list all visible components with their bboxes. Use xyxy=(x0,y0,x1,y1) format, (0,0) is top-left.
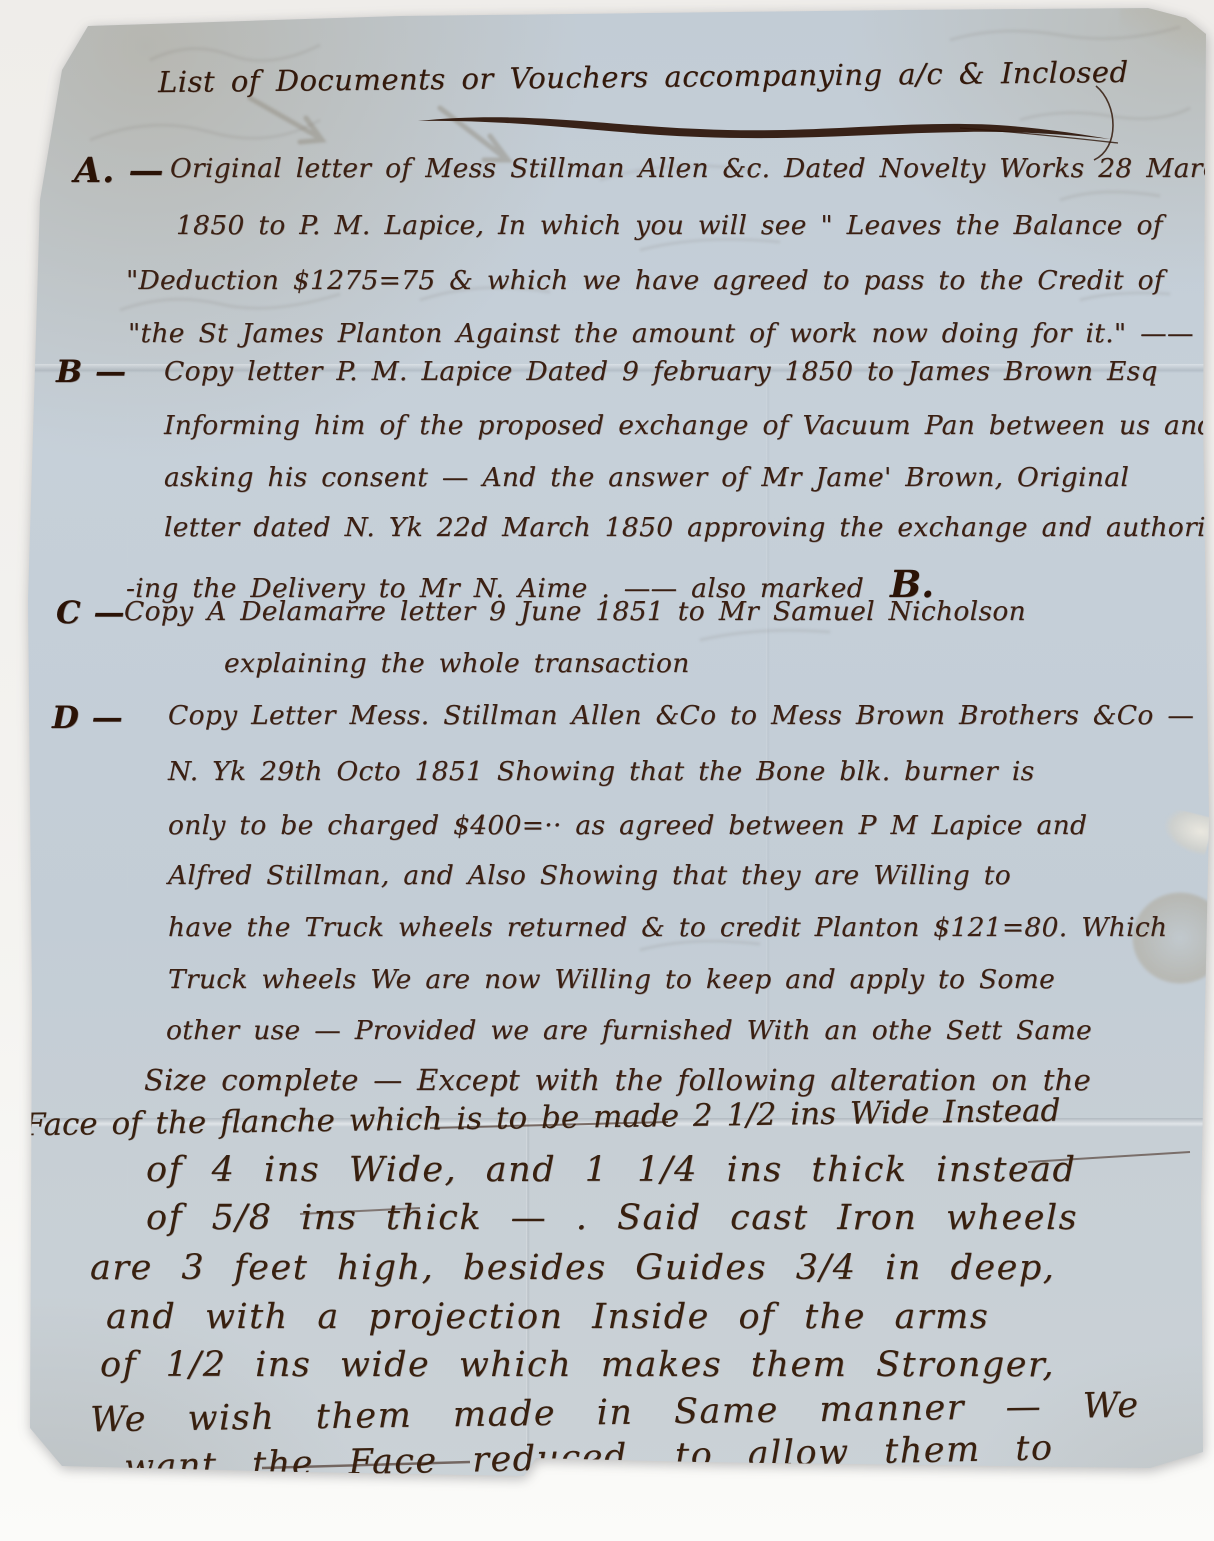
manuscript-line: asking his consent — And the answer of M… xyxy=(164,462,1129,493)
section-label-b: B — xyxy=(56,354,127,390)
manuscript-line: other use — Provided we are furnished Wi… xyxy=(166,1015,1092,1046)
paper-tear xyxy=(1158,807,1214,857)
section-label-d: D — xyxy=(52,700,124,736)
manuscript-line: N. Yk 29th Octo 1851 Showing that the Bo… xyxy=(168,756,1035,787)
manuscript-line: Size complete — Except with the followin… xyxy=(144,1063,1091,1097)
manuscript-line: have the Truck wheels returned & to cred… xyxy=(168,912,1167,943)
scanned-manuscript: List of Documents or Vouchers accompanyi… xyxy=(0,0,1214,1541)
manuscript-line: 1850 to P. M. Lapice, In which you will … xyxy=(176,210,1163,241)
manuscript-line: "the St James Planton Against the amount… xyxy=(128,318,1194,349)
manuscript-line: are 3 feet high, besides Guides 3/4 in d… xyxy=(90,1248,1055,1288)
corner-fold xyxy=(1120,8,1214,66)
paper-shadow: List of Documents or Vouchers accompanyi… xyxy=(0,0,1214,1541)
manuscript-line: Copy A Delamarre letter 9 June 1851 to M… xyxy=(124,596,1026,627)
section-label-c: C — xyxy=(56,595,125,631)
manuscript-line: Face of the flanche which is to be made … xyxy=(24,1093,1061,1143)
manuscript-page: List of Documents or Vouchers accompanyi… xyxy=(0,0,1214,1541)
manuscript-line: of 4 ins Wide, and 1 1/4 ins thick inste… xyxy=(146,1150,1076,1190)
manuscript-line: explaining the whole transaction xyxy=(224,648,690,679)
manuscript-line: Copy letter P. M. Lapice Dated 9 februar… xyxy=(164,356,1158,387)
manuscript-line: Original letter of Mess Stillman Allen &… xyxy=(170,153,1214,184)
manuscript-line: Informing him of the proposed exchange o… xyxy=(164,410,1214,441)
manuscript-line: of 1/2 ins wide which makes them Stronge… xyxy=(100,1345,1055,1385)
manuscript-line: of 5/8 ins thick — . Said cast Iron whee… xyxy=(146,1198,1078,1238)
manuscript-line: "Deduction $1275=75 & which we have agre… xyxy=(126,265,1164,296)
manuscript-line: Copy Letter Mess. Stillman Allen &Co to … xyxy=(168,700,1194,731)
manuscript-line: only to be charged $400=·· as agreed bet… xyxy=(168,810,1087,841)
manuscript-line: and with a projection Inside of the arms xyxy=(106,1297,989,1337)
manuscript-line: Truck wheels We are now Willing to keep … xyxy=(168,964,1055,995)
section-label-a: A. — xyxy=(74,150,165,191)
manuscript-line: letter dated N. Yk 22d March 1850 approv… xyxy=(164,512,1214,543)
manuscript-line: Alfred Stillman, and Also Showing that t… xyxy=(168,860,1011,891)
page-title: List of Documents or Vouchers accompanyi… xyxy=(158,55,1129,99)
